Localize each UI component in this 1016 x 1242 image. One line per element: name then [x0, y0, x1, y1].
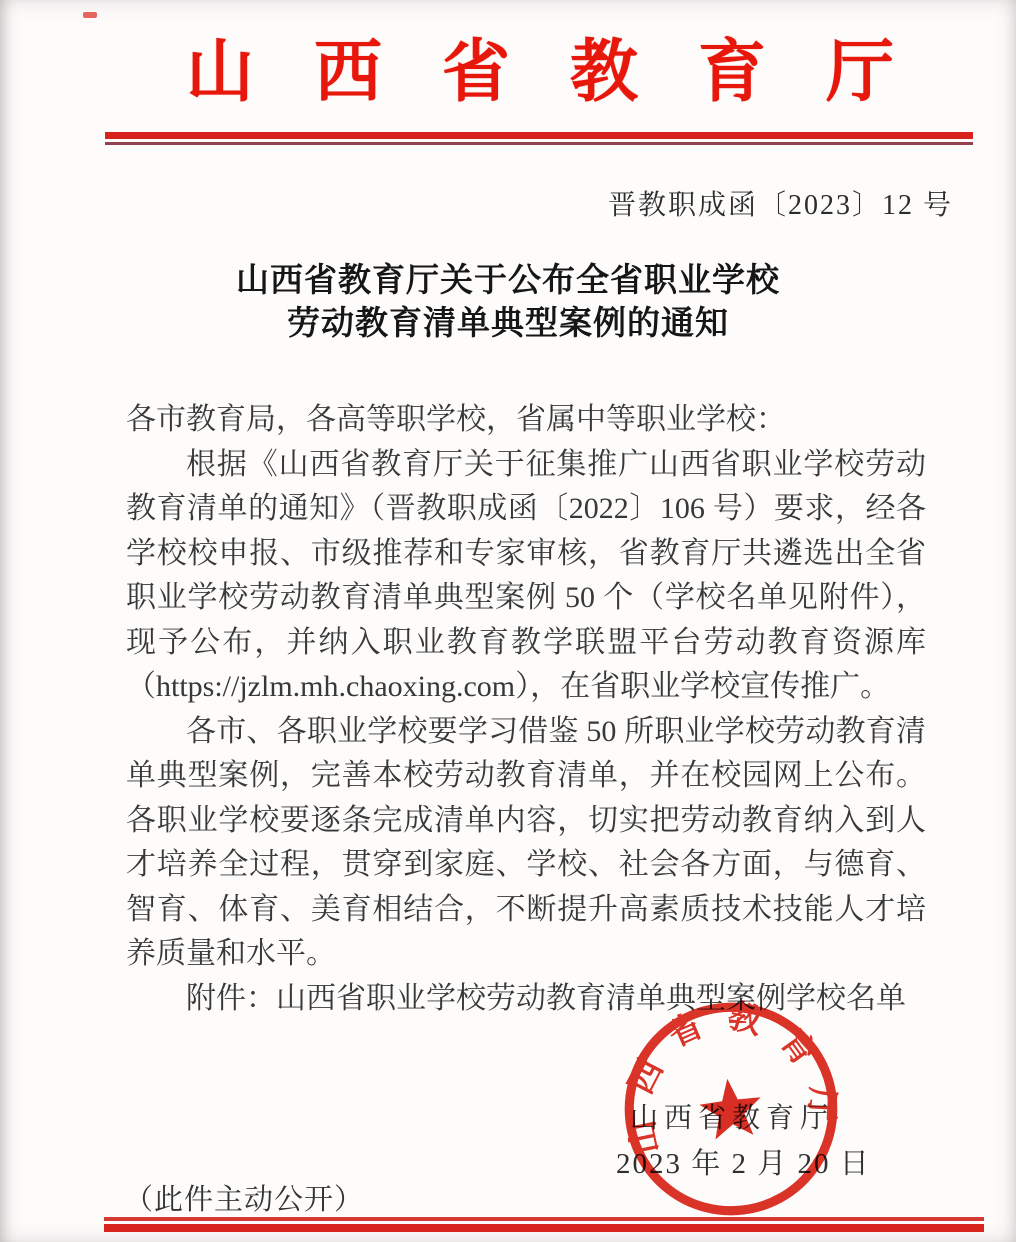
- body-paragraph-1: 根据《山西省教育厅关于征集推广山西省职业学校劳动教育清单的通知》（晋教职成函〔2…: [126, 443, 926, 710]
- salutation-line: 各市教育局，各高等职学校，省属中等职业学校：: [126, 398, 926, 443]
- letterhead-title: 山西省教育厅: [186, 34, 954, 110]
- footer-divider: [104, 1217, 984, 1233]
- letterhead-divider: [105, 132, 973, 146]
- document-body: 各市教育局，各高等职学校，省属中等职业学校： 根据《山西省教育厅关于征集推广山西…: [126, 398, 926, 1021]
- seal-star-icon: [697, 1075, 766, 1141]
- body-paragraph-2: 各市、各职业学校要学习借鉴 50 所职业学校劳动教育清单典型案例，完善本校劳动教…: [126, 710, 926, 977]
- document-number: 晋教职成函〔2023〕12 号: [0, 183, 953, 223]
- scan-artifact-mark: [83, 12, 97, 18]
- official-seal: 山西省教育厅: [601, 979, 862, 1240]
- document-title-line1: 山西省教育厅关于公布全省职业学校: [0, 260, 1016, 303]
- document-title: 山西省教育厅关于公布全省职业学校 劳动教育清单典型案例的通知: [0, 260, 1016, 346]
- footer-public-note: （此件主动公开）: [124, 1177, 364, 1218]
- document-title-line2: 劳动教育清单典型案例的通知: [0, 303, 1016, 346]
- document-page: 山西省教育厅 晋教职成函〔2023〕12 号 山西省教育厅关于公布全省职业学校 …: [0, 0, 1016, 1242]
